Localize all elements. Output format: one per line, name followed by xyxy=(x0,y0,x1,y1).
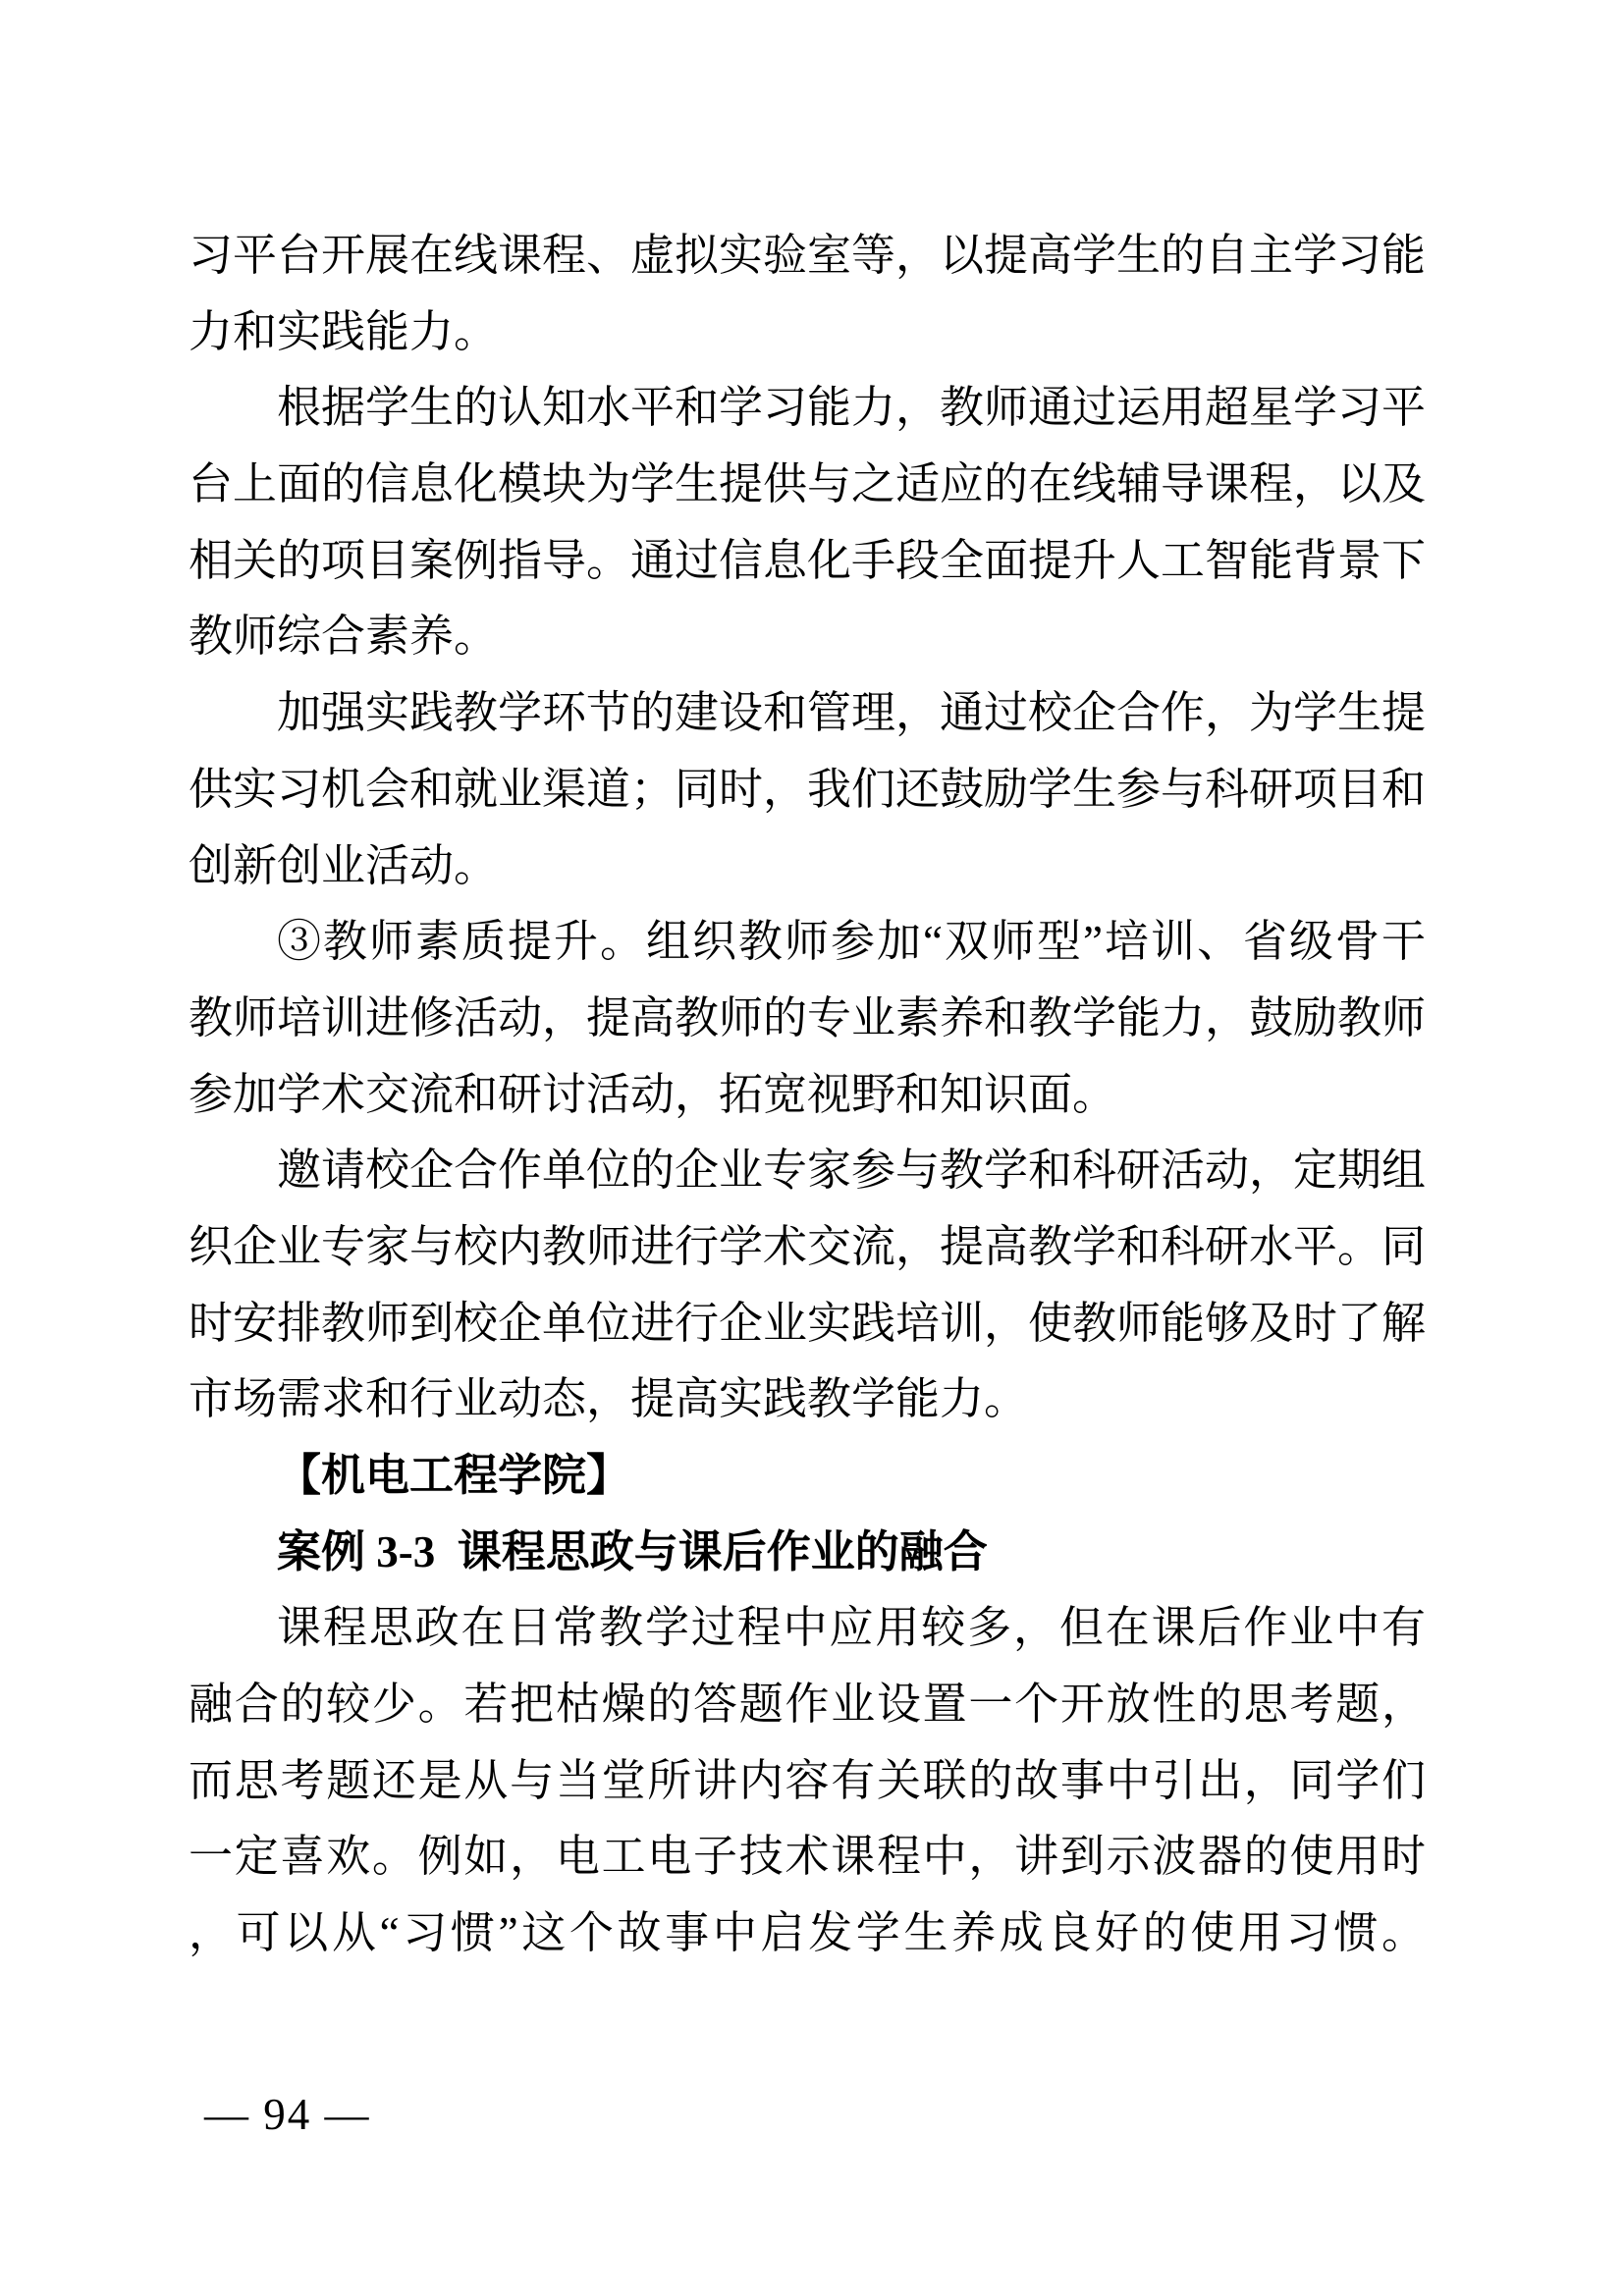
text-line: 相关的项目案例指导。通过信息化手段全面提升人工智能背景下 xyxy=(189,523,1426,600)
text-line: 参加学术交流和研讨活动，拓宽视野和知识面。 xyxy=(189,1057,1426,1134)
text-line: 教师综合素养。 xyxy=(189,599,1426,675)
heading-line: 【机电工程学院】 xyxy=(189,1438,1426,1515)
text-line: 习平台开展在线课程、虚拟实验室等，以提高学生的自主学习能 xyxy=(189,218,1426,294)
text-content: 习平台开展在线课程、虚拟实验室等，以提高学生的自主学习能力和实践能力。根据学生的… xyxy=(189,218,1426,1972)
heading-line: 案例 3-3 课程思政与课后作业的融合 xyxy=(189,1515,1426,1591)
text-line: 创新创业活动。 xyxy=(189,828,1426,905)
text-line: 台上面的信息化模块为学生提供与之适应的在线辅导课程，以及 xyxy=(189,447,1426,523)
text-line: 加强实践教学环节的建设和管理，通过校企合作，为学生提 xyxy=(189,675,1426,752)
text-line: 教师培训进修活动，提高教师的专业素养和教学能力，鼓励教师 xyxy=(189,981,1426,1057)
text-line: 课程思政在日常教学过程中应用较多，但在课后作业中有 xyxy=(189,1590,1426,1667)
text-line: 织企业专家与校内教师进行学术交流，提高教学和科研水平。同 xyxy=(189,1209,1426,1286)
text-line: ③教师素质提升。组织教师参加“双师型”培训、省级骨干 xyxy=(189,904,1426,981)
page-number: — 94 — xyxy=(204,2085,371,2144)
text-line: 力和实践能力。 xyxy=(189,294,1426,371)
text-line: 时安排教师到校企单位进行企业实践培训，使教师能够及时了解 xyxy=(189,1286,1426,1362)
document-page: 习平台开展在线课程、虚拟实验室等，以提高学生的自主学习能力和实践能力。根据学生的… xyxy=(0,0,1624,2296)
text-line: 邀请校企合作单位的企业专家参与教学和科研活动，定期组 xyxy=(189,1133,1426,1209)
text-line: 一定喜欢。例如，电工电子技术课程中，讲到示波器的使用时 xyxy=(189,1819,1426,1896)
text-line: ，可以从“习惯”这个故事中启发学生养成良好的使用习惯。 xyxy=(189,1896,1426,1972)
text-line: 供实习机会和就业渠道；同时，我们还鼓励学生参与科研项目和 xyxy=(189,752,1426,828)
text-line: 而思考题还是从与当堂所讲内容有关联的故事中引出，同学们 xyxy=(189,1743,1426,1820)
text-line: 融合的较少。若把枯燥的答题作业设置一个开放性的思考题， xyxy=(189,1667,1426,1743)
text-line: 根据学生的认知水平和学习能力，教师通过运用超星学习平 xyxy=(189,370,1426,447)
text-line: 市场需求和行业动态，提高实践教学能力。 xyxy=(189,1362,1426,1438)
